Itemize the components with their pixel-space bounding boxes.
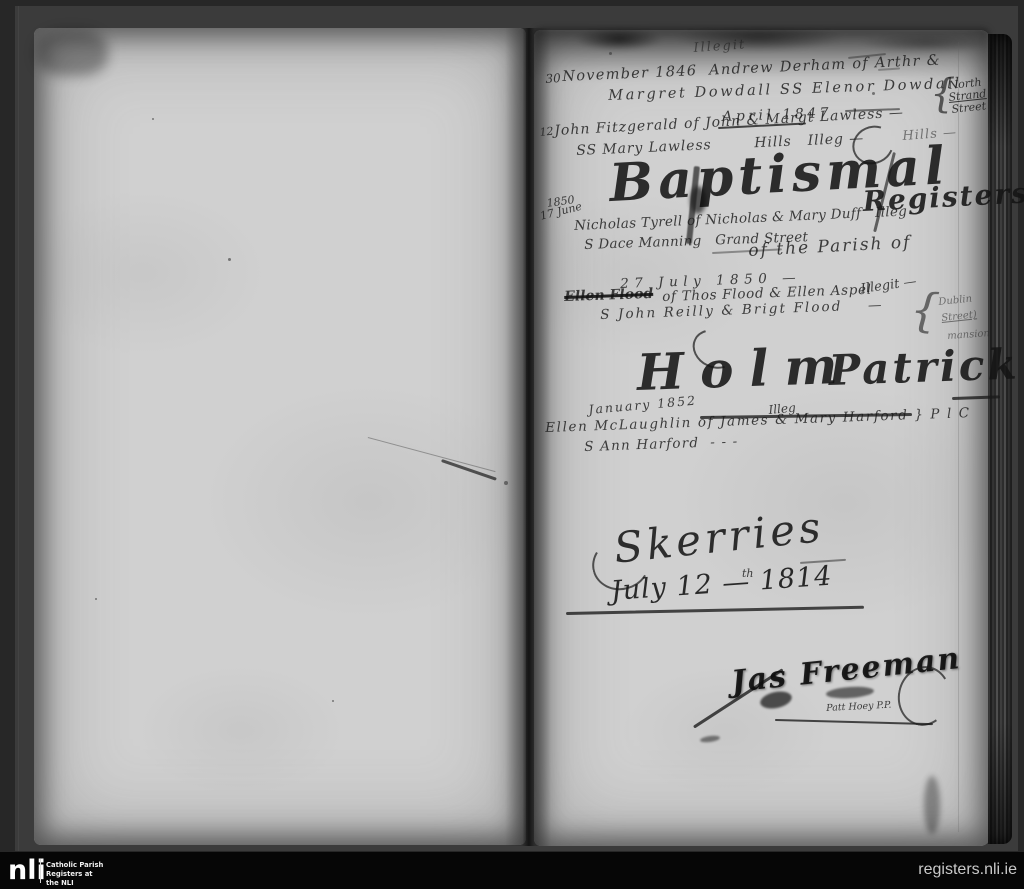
parish-holm: Holm <box>636 340 854 398</box>
entry-1846-note-street: Street <box>951 100 987 115</box>
scanned-register-image: Illegit 30 November 1846 Andrew Derham o… <box>0 0 1024 889</box>
logo-divider <box>40 859 41 883</box>
ink-speck <box>332 700 334 702</box>
footer-caption-line1: Catholic Parish <box>46 861 103 870</box>
book-spine-fold <box>505 28 551 846</box>
ink-speck <box>152 118 154 120</box>
footer-caption: Catholic Parish Registers at the NLI <box>46 861 103 887</box>
footer-caption-line3: the NLI <box>46 879 103 888</box>
footer-bar <box>0 852 1024 889</box>
book-page-edges-shade <box>988 34 1012 844</box>
brace-mark: { <box>909 286 941 334</box>
page-crease <box>958 42 959 832</box>
ink-speck <box>609 52 612 55</box>
annotation-illegit-top: Illegit <box>693 38 747 55</box>
shadow-streak <box>924 776 940 834</box>
parish-patrick: Patrick <box>828 343 1020 392</box>
ink-speck <box>95 598 97 600</box>
site-url: registers.nli.ie <box>918 861 1017 879</box>
ink-speck <box>504 481 508 485</box>
entry-1850b-struck-name: Ellen Flood <box>564 287 653 304</box>
corner-shadow-blob <box>36 30 108 76</box>
footer-caption-line2: Registers at <box>46 870 103 879</box>
left-blank-page <box>34 28 526 845</box>
ink-speck <box>228 258 231 261</box>
entry-1846-margin-day: 30 <box>545 72 561 85</box>
entry-1847-margin-day: 12 <box>539 126 554 138</box>
scan-edge-line <box>18 6 19 851</box>
